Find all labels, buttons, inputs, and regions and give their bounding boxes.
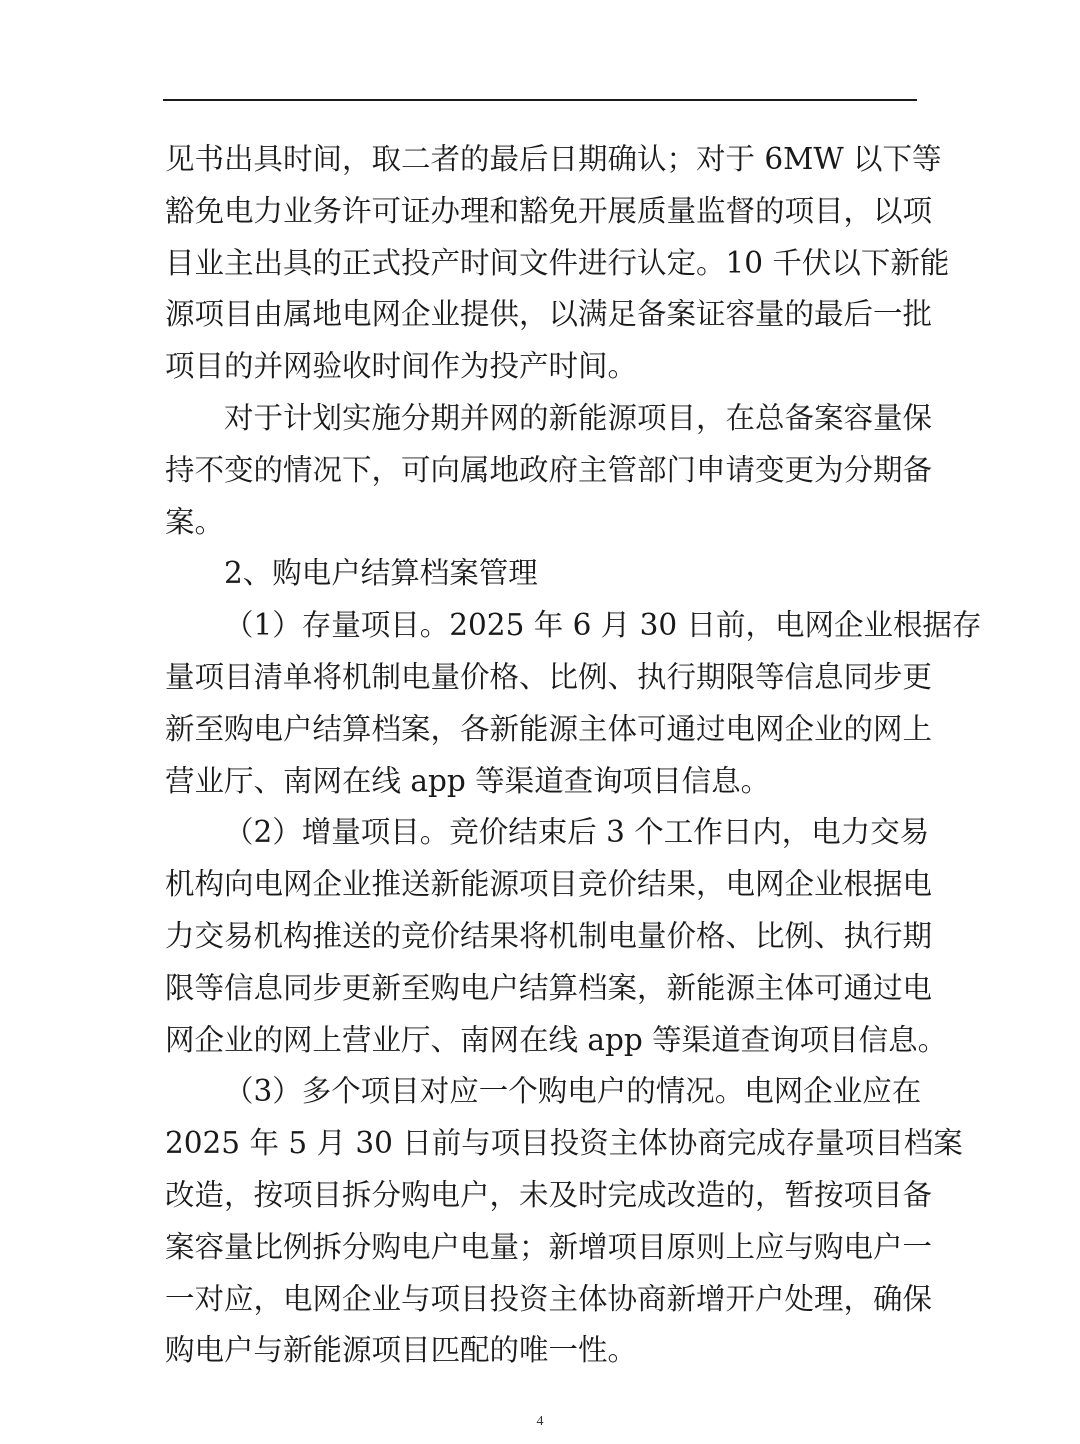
text-line: 购电户与新能源项目匹配的唯一性。: [165, 1325, 917, 1377]
text-line: 项目的并网验收时间作为投产时间。: [165, 341, 917, 393]
text-line: 改造，按项目拆分购电户，未及时完成改造的，暂按项目备: [165, 1170, 917, 1222]
text-line: 豁免电力业务许可证办理和豁免开展质量监督的项目，以项: [165, 186, 917, 238]
text-line: （1）存量项目。2025 年 6 月 30 日前，电网企业根据存: [165, 600, 917, 652]
text-line: 源项目由属地电网企业提供，以满足备案证容量的最后一批: [165, 289, 917, 341]
text-line: （3）多个项目对应一个购电户的情况。电网企业应在: [165, 1066, 917, 1118]
text-line: 限等信息同步更新至购电户结算档案，新能源主体可通过电: [165, 963, 917, 1015]
text-line: 量项目清单将机制电量价格、比例、执行期限等信息同步更: [165, 652, 917, 704]
text-line: 营业厅、南网在线 app 等渠道查询项目信息。: [165, 756, 917, 808]
text-line: 机构向电网企业推送新能源项目竞价结果，电网企业根据电: [165, 859, 917, 911]
text-line: 新至购电户结算档案，各新能源主体可通过电网企业的网上: [165, 704, 917, 756]
text-line: 网企业的网上营业厅、南网在线 app 等渠道查询项目信息。: [165, 1015, 917, 1067]
text-line: （2）增量项目。竞价结束后 3 个工作日内，电力交易: [165, 807, 917, 859]
text-line: 2、购电户结算档案管理: [165, 548, 917, 600]
text-line: 对于计划实施分期并网的新能源项目，在总备案容量保: [165, 393, 917, 445]
text-line: 持不变的情况下，可向属地政府主管部门申请变更为分期备: [165, 445, 917, 497]
page-number: 4: [0, 1414, 1080, 1430]
document-body: 见书出具时间，取二者的最后日期确认；对于 6MW 以下等豁免电力业务许可证办理和…: [165, 134, 917, 1377]
text-line: 见书出具时间，取二者的最后日期确认；对于 6MW 以下等: [165, 134, 917, 186]
text-line: 案。: [165, 497, 917, 549]
text-line: 目业主出具的正式投产时间文件进行认定。10 千伏以下新能: [165, 238, 917, 290]
text-line: 2025 年 5 月 30 日前与项目投资主体协商完成存量项目档案: [165, 1118, 917, 1170]
text-line: 案容量比例拆分购电户电量；新增项目原则上应与购电户一: [165, 1222, 917, 1274]
text-line: 力交易机构推送的竞价结果将机制电量价格、比例、执行期: [165, 911, 917, 963]
text-line: 一对应，电网企业与项目投资主体协商新增开户处理，确保: [165, 1274, 917, 1326]
header-rule: [163, 99, 917, 101]
